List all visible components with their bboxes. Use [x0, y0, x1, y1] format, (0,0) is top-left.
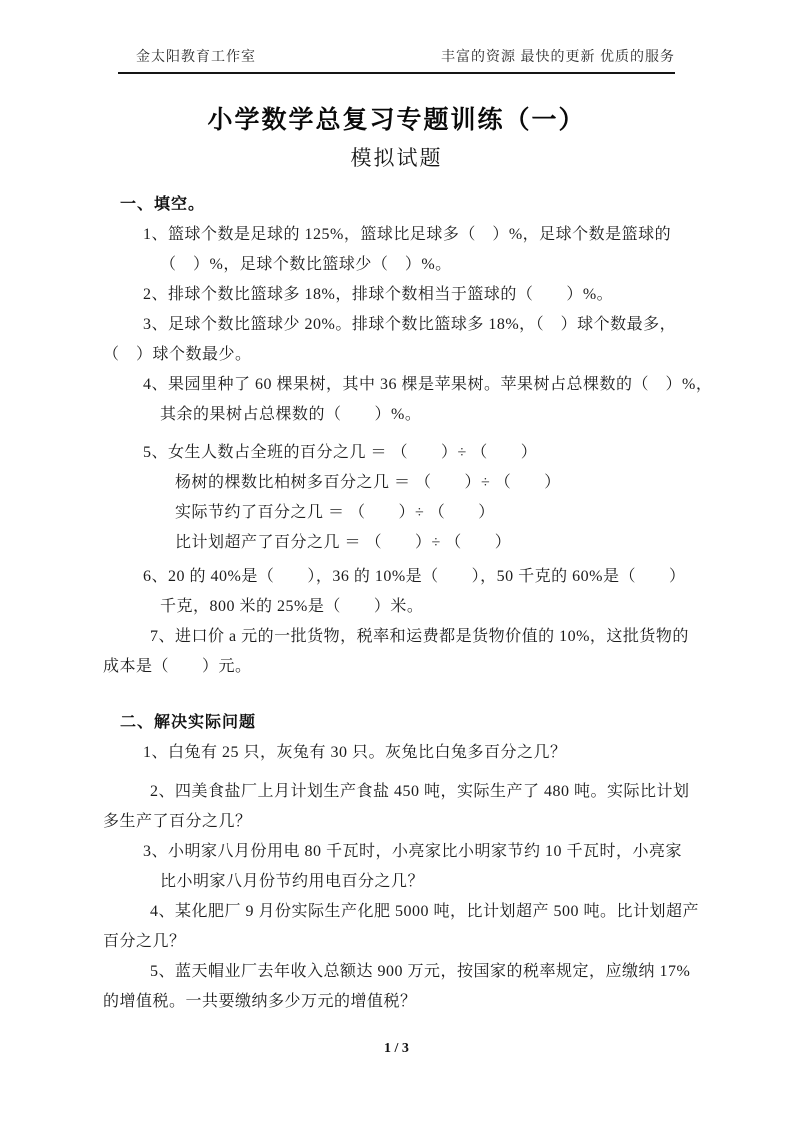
document-line: 1、白兔有 25 只，灰兔有 30 只。灰兔比白兔多百分之几？ [103, 738, 693, 768]
section-heading-2: 二、解决实际问题 [103, 708, 693, 738]
document-line: （ ）%，足球个数比篮球少（ ）%。 [103, 250, 693, 280]
document-line: 百分之几？ [103, 927, 693, 957]
page-header: 金太阳教育工作室 丰富的资源 最快的更新 优质的服务 [118, 46, 675, 74]
document-line: 3、小明家八月份用电 80 千瓦时，小亮家比小明家节约 10 千瓦时，小亮家 [103, 837, 693, 867]
document-line: 成本是（ ）元。 [103, 652, 693, 682]
document-line: 千克，800 米的 25%是（ ）米。 [103, 592, 693, 622]
document-line: 5、女生人数占全班的百分之几 ＝ （ ）÷ （ ） [103, 438, 693, 468]
document-line: 其余的果树占总棵数的（ ）%。 [103, 400, 693, 430]
section-heading-1: 一、填空。 [103, 190, 693, 220]
document-line: （ ）球个数最少。 [103, 340, 693, 370]
document-line: 4、某化肥厂 9 月份实际生产化肥 5000 吨，比计划超产 500 吨。比计划… [103, 897, 693, 927]
header-left-text: 金太阳教育工作室 [136, 46, 256, 66]
document-line: 6、20 的 40%是（ ），36 的 10%是（ ），50 千克的 60%是（… [103, 562, 693, 592]
document-body: 一、填空。1、篮球个数是足球的 125%，篮球比足球多（ ）%，足球个数是篮球的… [103, 190, 693, 1017]
document-line: 2、排球个数比篮球多 18%，排球个数相当于篮球的（ ）%。 [103, 280, 693, 310]
document-line: 的增值税。一共要缴纳多少万元的增值税？ [103, 987, 693, 1017]
page-subtitle: 模拟试题 [0, 142, 793, 172]
document-line: 3、足球个数比篮球少 20%。排球个数比篮球多 18%，（ ）球个数最多， [103, 310, 693, 340]
document-line: 比小明家八月份节约用电百分之几？ [103, 867, 693, 897]
document-line: 4、果园里种了 60 棵果树，其中 36 棵是苹果树。苹果树占总棵数的（ ）%， [103, 370, 693, 400]
document-line: 5、蓝天帽业厂去年收入总额达 900 万元，按国家的税率规定，应缴纳 17% [103, 957, 693, 987]
header-right-text: 丰富的资源 最快的更新 优质的服务 [441, 46, 675, 66]
page-title: 小学数学总复习专题训练（一） [0, 100, 793, 136]
page-number: 1 / 3 [0, 1041, 793, 1057]
document-line: 比计划超产了百分之几 ＝ （ ）÷ （ ） [103, 528, 693, 558]
document-line: 实际节约了百分之几 ＝ （ ）÷ （ ） [103, 498, 693, 528]
document-line: 多生产了百分之几？ [103, 807, 693, 837]
document-line: 1、篮球个数是足球的 125%，篮球比足球多（ ）%，足球个数是篮球的 [103, 220, 693, 250]
document-line: 2、四美食盐厂上月计划生产食盐 450 吨，实际生产了 480 吨。实际比计划 [103, 777, 693, 807]
worksheet-page: 金太阳教育工作室 丰富的资源 最快的更新 优质的服务 小学数学总复习专题训练（一… [0, 0, 793, 1122]
document-line: 杨树的棵数比柏树多百分之几 ＝ （ ）÷ （ ） [103, 468, 693, 498]
document-line: 7、进口价 a 元的一批货物，税率和运费都是货物价值的 10%，这批货物的 [103, 622, 693, 652]
